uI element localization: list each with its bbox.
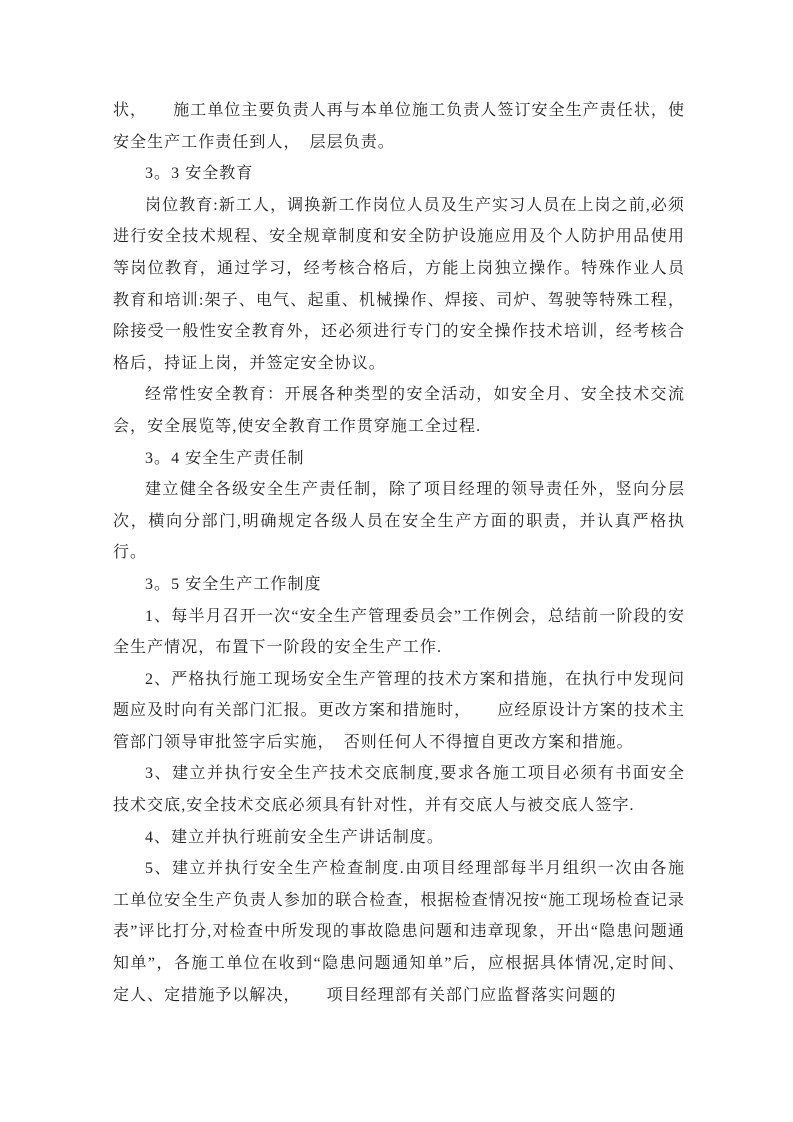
document-page: 状， 施工单位主要负责人再与本单位施工负责人签订安全生产责任状，使安全生产工作责… — [0, 0, 793, 1122]
heading-3-4-safety-responsibility-system: 3。4 安全生产责任制 — [113, 443, 685, 475]
list-item-3-technical-disclosure: 3、建立并执行安全生产技术交底制度,要求各施工项目必须有书面安全技术交底,安全技… — [113, 758, 685, 821]
paragraph-responsibility-system-detail: 建立健全各级安全生产责任制，除了项目经理的领导责任外，竖向分层次，横向分部门,明… — [113, 474, 685, 569]
heading-3-3-safety-education: 3。3 安全教育 — [113, 158, 685, 190]
list-item-2-technical-plans: 2、严格执行施工现场安全生产管理的技术方案和措施，在执行中发现问题应及时向有关部… — [113, 664, 685, 759]
paragraph-responsibility-pledge-continuation: 状， 施工单位主要负责人再与本单位施工负责人签订安全生产责任状，使安全生产工作责… — [113, 95, 685, 158]
list-item-1-committee-meeting: 1、每半月召开一次“安全生产管理委员会”工作例会，总结前一阶段的安全生产情况，布… — [113, 601, 685, 664]
document-body: 状， 施工单位主要负责人再与本单位施工负责人签订安全生产责任状，使安全生产工作责… — [113, 95, 685, 1011]
heading-3-5-safety-work-system: 3。5 安全生产工作制度 — [113, 569, 685, 601]
paragraph-regular-safety-education: 经常性安全教育：开展各种类型的安全活动，如安全月、安全技术交流会，安全展览等,使… — [113, 379, 685, 442]
list-item-5-inspection-system: 5、建立并执行安全生产检查制度.由项目经理部每半月组织一次由各施工单位安全生产负… — [113, 853, 685, 1011]
list-item-4-pre-shift-talk: 4、建立并执行班前安全生产讲话制度。 — [113, 822, 685, 854]
paragraph-post-education: 岗位教育:新工人，调换新工作岗位人员及生产实习人员在上岗之前,必须进行安全技术规… — [113, 190, 685, 380]
